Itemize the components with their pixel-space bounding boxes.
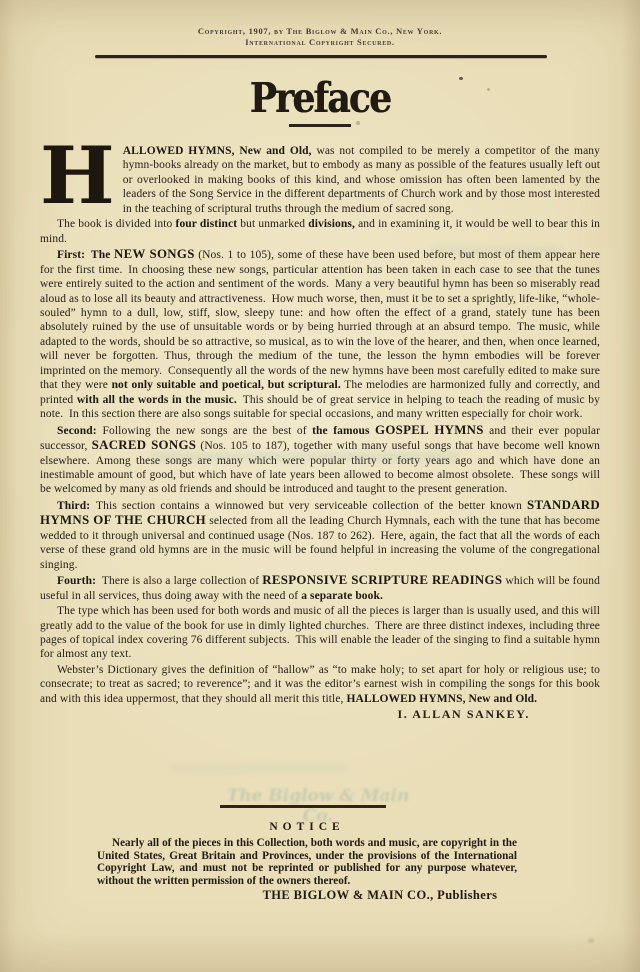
copyright-line-1: Copyright, 1907, by The Biglow & Main Co… [0, 26, 640, 37]
header-rule [95, 55, 547, 58]
paragraph: The type which has been used for both wo… [40, 604, 600, 662]
paragraph: Second: Following the new songs are the … [40, 423, 600, 497]
notice-body: Nearly all of the pieces in this Collect… [97, 837, 517, 887]
signature: I. ALLAN SANKEY. [40, 707, 600, 721]
title-underline-rule [289, 124, 351, 127]
preface-body: HALLOWED HYMNS, New and Old, was not com… [40, 144, 600, 723]
copyright-line-2: International Copyright Secured. [0, 37, 640, 48]
drop-cap: H [40, 147, 115, 209]
page-title-text: Preface [250, 78, 391, 118]
bleed-through-artifact [170, 764, 350, 773]
paragraph: The book is divided into four distinct b… [40, 217, 600, 246]
notice-heading: NOTICE [97, 821, 517, 833]
copyright-notice: Copyright, 1907, by The Biglow & Main Co… [0, 26, 640, 47]
ink-speck [588, 938, 594, 943]
publisher-line: THE BIGLOW & MAIN CO., Publishers [160, 888, 600, 903]
notice-section: NOTICE Nearly all of the pieces in this … [97, 821, 517, 887]
paragraph: Third: This section contains a winnowed … [40, 498, 600, 572]
paragraph: HALLOWED HYMNS, New and Old, was not com… [40, 144, 600, 216]
preface-paragraphs: HALLOWED HYMNS, New and Old, was not com… [40, 144, 600, 706]
paragraph: Fourth: There is also a large collection… [40, 573, 600, 603]
page-title: Preface [0, 78, 640, 120]
paragraph: First: The NEW SONGS (Nos. 1 to 105), so… [40, 247, 600, 421]
notice-divider-rule [220, 805, 386, 808]
scanned-book-page: Copyright, 1907, by The Biglow & Main Co… [0, 0, 640, 972]
paragraph: Webster’s Dictionary gives the definitio… [40, 663, 600, 706]
